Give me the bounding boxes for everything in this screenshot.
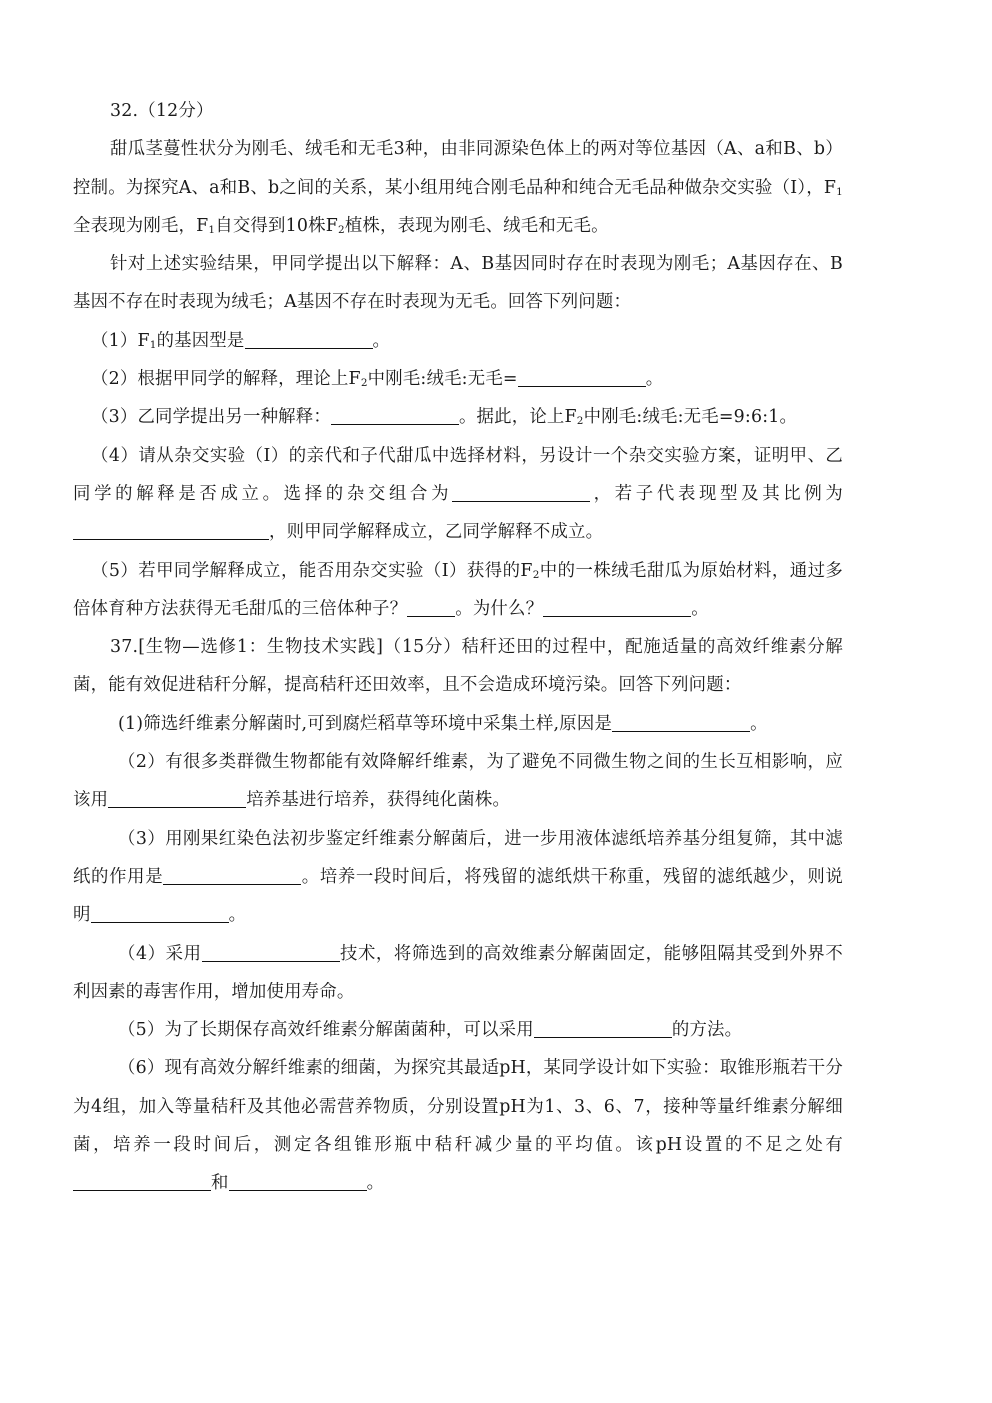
text: 的基因型是 xyxy=(157,331,245,351)
question-32-stem: 甜瓜茎蔓性状分为刚毛、绒毛和无毛3种，由非同源染色体上的两对等位基因（A、a和B… xyxy=(73,130,843,245)
text: 的方法。 xyxy=(672,1020,742,1040)
subscript: 2 xyxy=(338,224,345,236)
text: 自交得到10株F xyxy=(215,216,338,236)
text: 。 xyxy=(367,1173,385,1193)
answer-blank[interactable] xyxy=(331,406,459,425)
question-32-part-4: （4）请从杂交实验（I）的亲代和子代甜瓜中选择材料，另设计一个杂交实验方案，证明… xyxy=(73,437,843,552)
answer-blank[interactable] xyxy=(91,904,229,923)
subscript: 1 xyxy=(150,339,157,351)
text: 和 xyxy=(211,1173,229,1193)
text: 甜瓜茎蔓性状分为刚毛、绒毛和无毛3种，由非同源染色体上的两对等位基因（A、a和B… xyxy=(73,139,843,197)
question-37-part-4: （4）采用技术，将筛选到的高效维素分解菌固定，能够阻隔其受到外界不利因素的毒害作… xyxy=(73,935,843,1012)
text: 。据此，论上F xyxy=(459,407,577,427)
answer-blank[interactable] xyxy=(534,1019,672,1038)
text: 。 xyxy=(373,331,391,351)
answer-blank[interactable] xyxy=(543,598,691,617)
question-37-part-6: （6）现有高效分解纤维素的细菌，为探究其最适pH，某同学设计如下实验：取锥形瓶若… xyxy=(73,1049,843,1202)
question-32-part-2: （2）根据甲同学的解释，理论上F2中刚毛:绒毛:无毛=。 xyxy=(73,360,843,398)
text: (1)筛选纤维素分解菌时,可到腐烂稻草等环境中采集土样,原因是 xyxy=(118,714,612,734)
text: ，若子代表现型及其比例为 xyxy=(590,484,843,504)
text: 。 xyxy=(691,599,709,619)
text: 。 xyxy=(646,369,664,389)
text: 全表现为刚毛，F xyxy=(73,216,208,236)
text: （3）乙同学提出另一种解释： xyxy=(91,407,331,427)
subscript: 2 xyxy=(533,569,540,581)
answer-blank[interactable] xyxy=(202,942,340,961)
question-37-part-5: （5）为了长期保存高效纤维素分解菌菌种，可以采用的方法。 xyxy=(73,1011,843,1049)
text: 植株，表现为刚毛、绒毛和无毛。 xyxy=(345,216,609,236)
answer-blank[interactable] xyxy=(163,866,301,885)
text: 中刚毛:绒毛:无毛= xyxy=(368,369,518,389)
text: 。为什么？ xyxy=(455,599,543,619)
subscript: 1 xyxy=(836,186,843,198)
subscript: 2 xyxy=(577,415,584,427)
text: 。 xyxy=(229,905,247,925)
text: 中刚毛:绒毛:无毛=9:6:1。 xyxy=(584,407,798,427)
answer-blank[interactable] xyxy=(518,368,646,387)
question-37-part-1: (1)筛选纤维素分解菌时,可到腐烂稻草等环境中采集土样,原因是。 xyxy=(73,705,843,743)
answer-blank[interactable] xyxy=(229,1172,367,1191)
answer-blank[interactable] xyxy=(612,712,750,731)
question-32-part-3: （3）乙同学提出另一种解释：。据此，论上F2中刚毛:绒毛:无毛=9:6:1。 xyxy=(73,398,843,436)
text: 。 xyxy=(750,714,768,734)
text: 培养基进行培养，获得纯化菌株。 xyxy=(246,790,510,810)
answer-blank[interactable] xyxy=(407,598,455,617)
question-37-part-2: （2）有很多类群微生物都能有效降解纤维素，为了避免不同微生物之间的生长互相影响，… xyxy=(73,743,843,820)
text: （2）根据甲同学的解释，理论上F xyxy=(91,369,361,389)
question-32-part-1: （1）F1的基因型是。 xyxy=(73,322,843,360)
question-37-stem: 37.[生物—选修1：生物技术实践]（15分）秸秆还田的过程中，配施适量的高效纤… xyxy=(73,628,843,705)
question-32-part-5: （5）若甲同学解释成立，能否用杂交实验（I）获得的F2中的一株绒毛甜瓜为原始材料… xyxy=(73,552,843,629)
answer-blank[interactable] xyxy=(73,521,269,540)
text: ，则甲同学解释成立，乙同学解释不成立。 xyxy=(269,522,603,542)
question-32-header: 32.（12分） xyxy=(73,92,843,130)
text: （5）为了长期保存高效纤维素分解菌菌种，可以采用 xyxy=(118,1020,534,1040)
subscript: 2 xyxy=(361,377,368,389)
answer-blank[interactable] xyxy=(108,789,246,808)
answer-blank[interactable] xyxy=(245,330,373,349)
text: （6）现有高效分解纤维素的细菌，为探究其最适pH，某同学设计如下实验：取锥形瓶若… xyxy=(73,1058,843,1155)
exam-page: 32.（12分） 甜瓜茎蔓性状分为刚毛、绒毛和无毛3种，由非同源染色体上的两对等… xyxy=(73,92,843,1203)
text: （5）若甲同学解释成立，能否用杂交实验（I）获得的F xyxy=(91,561,533,581)
text: （1）F xyxy=(91,331,150,351)
question-37-part-3: （3）用刚果红染色法初步鉴定纤维素分解菌后，进一步用液体滤纸培养基分组复筛，其中… xyxy=(73,820,843,935)
answer-blank[interactable] xyxy=(452,483,590,502)
answer-blank[interactable] xyxy=(73,1172,211,1191)
question-32-explanation: 针对上述实验结果，甲同学提出以下解释：A、B基因同时存在时表现为刚毛；A基因存在… xyxy=(73,245,843,322)
text: （4）采用 xyxy=(118,944,202,964)
